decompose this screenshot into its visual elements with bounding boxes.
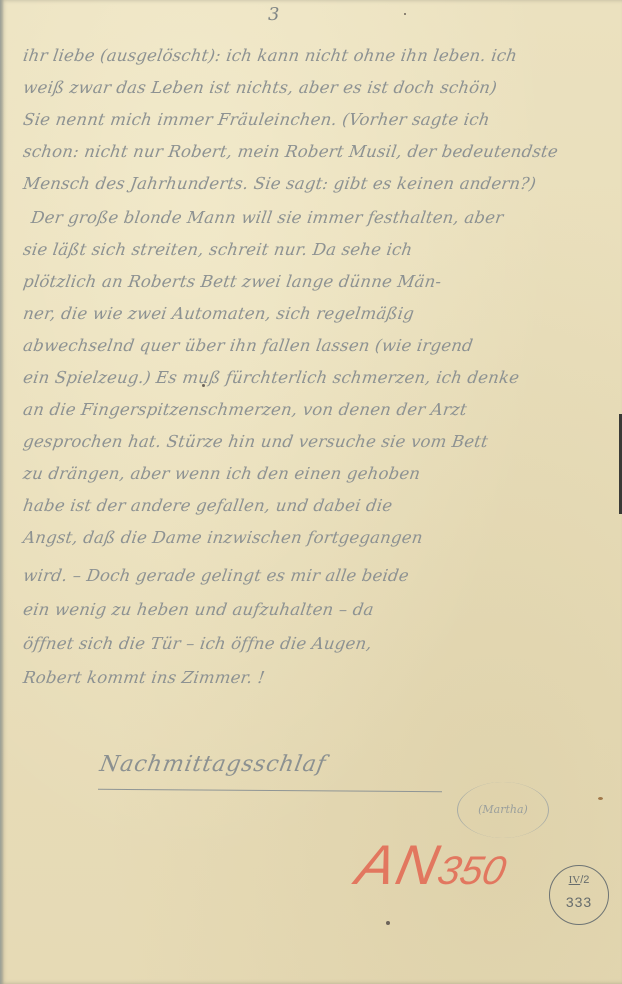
manuscript-line: Sie nennt mich immer Fräuleinchen. (Vorh… (22, 110, 615, 129)
title-underline (98, 789, 442, 792)
manuscript-line: wird. – Doch gerade gelingt es mir alle … (22, 566, 615, 585)
manuscript-line: Robert kommt ins Zimmer. ! (22, 668, 615, 687)
manuscript-line: an die Fingerspitzenschmerzen, von denen… (22, 400, 615, 419)
manuscript-page: 3 ihr liebe (ausgelöscht): ich kann nich… (0, 0, 622, 984)
manuscript-line: ein wenig zu heben und aufzuhalten – da (22, 600, 615, 619)
manuscript-line: habe ist der andere gefallen, und dabei … (22, 496, 615, 515)
stamp-roman-numeral: IV (569, 874, 581, 886)
manuscript-line: ein Spielzeug.) Es muß fürchterlich schm… (22, 368, 615, 387)
manuscript-line: sie läßt sich streiten, schreit nur. Da … (22, 240, 615, 259)
manuscript-line: abwechselnd quer über ihn fallen lassen … (22, 336, 615, 355)
archive-mark-number: 350 (434, 849, 510, 893)
manuscript-line: plötzlich an Roberts Bett zwei lange dün… (22, 272, 615, 291)
paper-speck (404, 13, 406, 15)
archive-mark: AN350 (351, 832, 513, 897)
manuscript-title: Nachmittagsschlaf (98, 752, 328, 777)
manuscript-line: zu drängen, aber wenn ich den einen geho… (22, 464, 615, 483)
paper-speck (202, 384, 205, 387)
paper-speck (386, 921, 390, 925)
manuscript-line: ner, die wie zwei Automaten, sich regelm… (22, 304, 615, 323)
paper-speck (598, 797, 603, 800)
stamp-top: IV/2 (550, 874, 608, 886)
manuscript-line: öffnet sich die Tür – ich öffne die Auge… (22, 634, 615, 653)
manuscript-line: weiß zwar das Leben ist nichts, aber es … (22, 78, 615, 97)
page-number: 3 (268, 4, 279, 25)
manuscript-line: Angst, daß die Dame inzwischen fortgegan… (22, 528, 615, 547)
archive-mark-prefix: AN (351, 833, 446, 896)
manuscript-line: schon: nicht nur Robert, mein Robert Mus… (22, 142, 615, 161)
manuscript-line: Der große blonde Mann will sie immer fes… (30, 208, 622, 227)
manuscript-line: ihr liebe (ausgelöscht): ich kann nicht … (22, 46, 615, 65)
stamp-fraction: /2 (580, 874, 589, 886)
stamp-number: 333 (550, 894, 608, 910)
manuscript-line: gesprochen hat. Stürze hin und versuche … (22, 432, 615, 451)
manuscript-line: Mensch des Jahrhunderts. Sie sagt: gibt … (22, 174, 615, 193)
parenthetical-note: (Martha) (457, 782, 549, 838)
archive-circle-stamp: IV/2 333 (549, 865, 609, 925)
page-left-edge-shadow (0, 0, 4, 984)
